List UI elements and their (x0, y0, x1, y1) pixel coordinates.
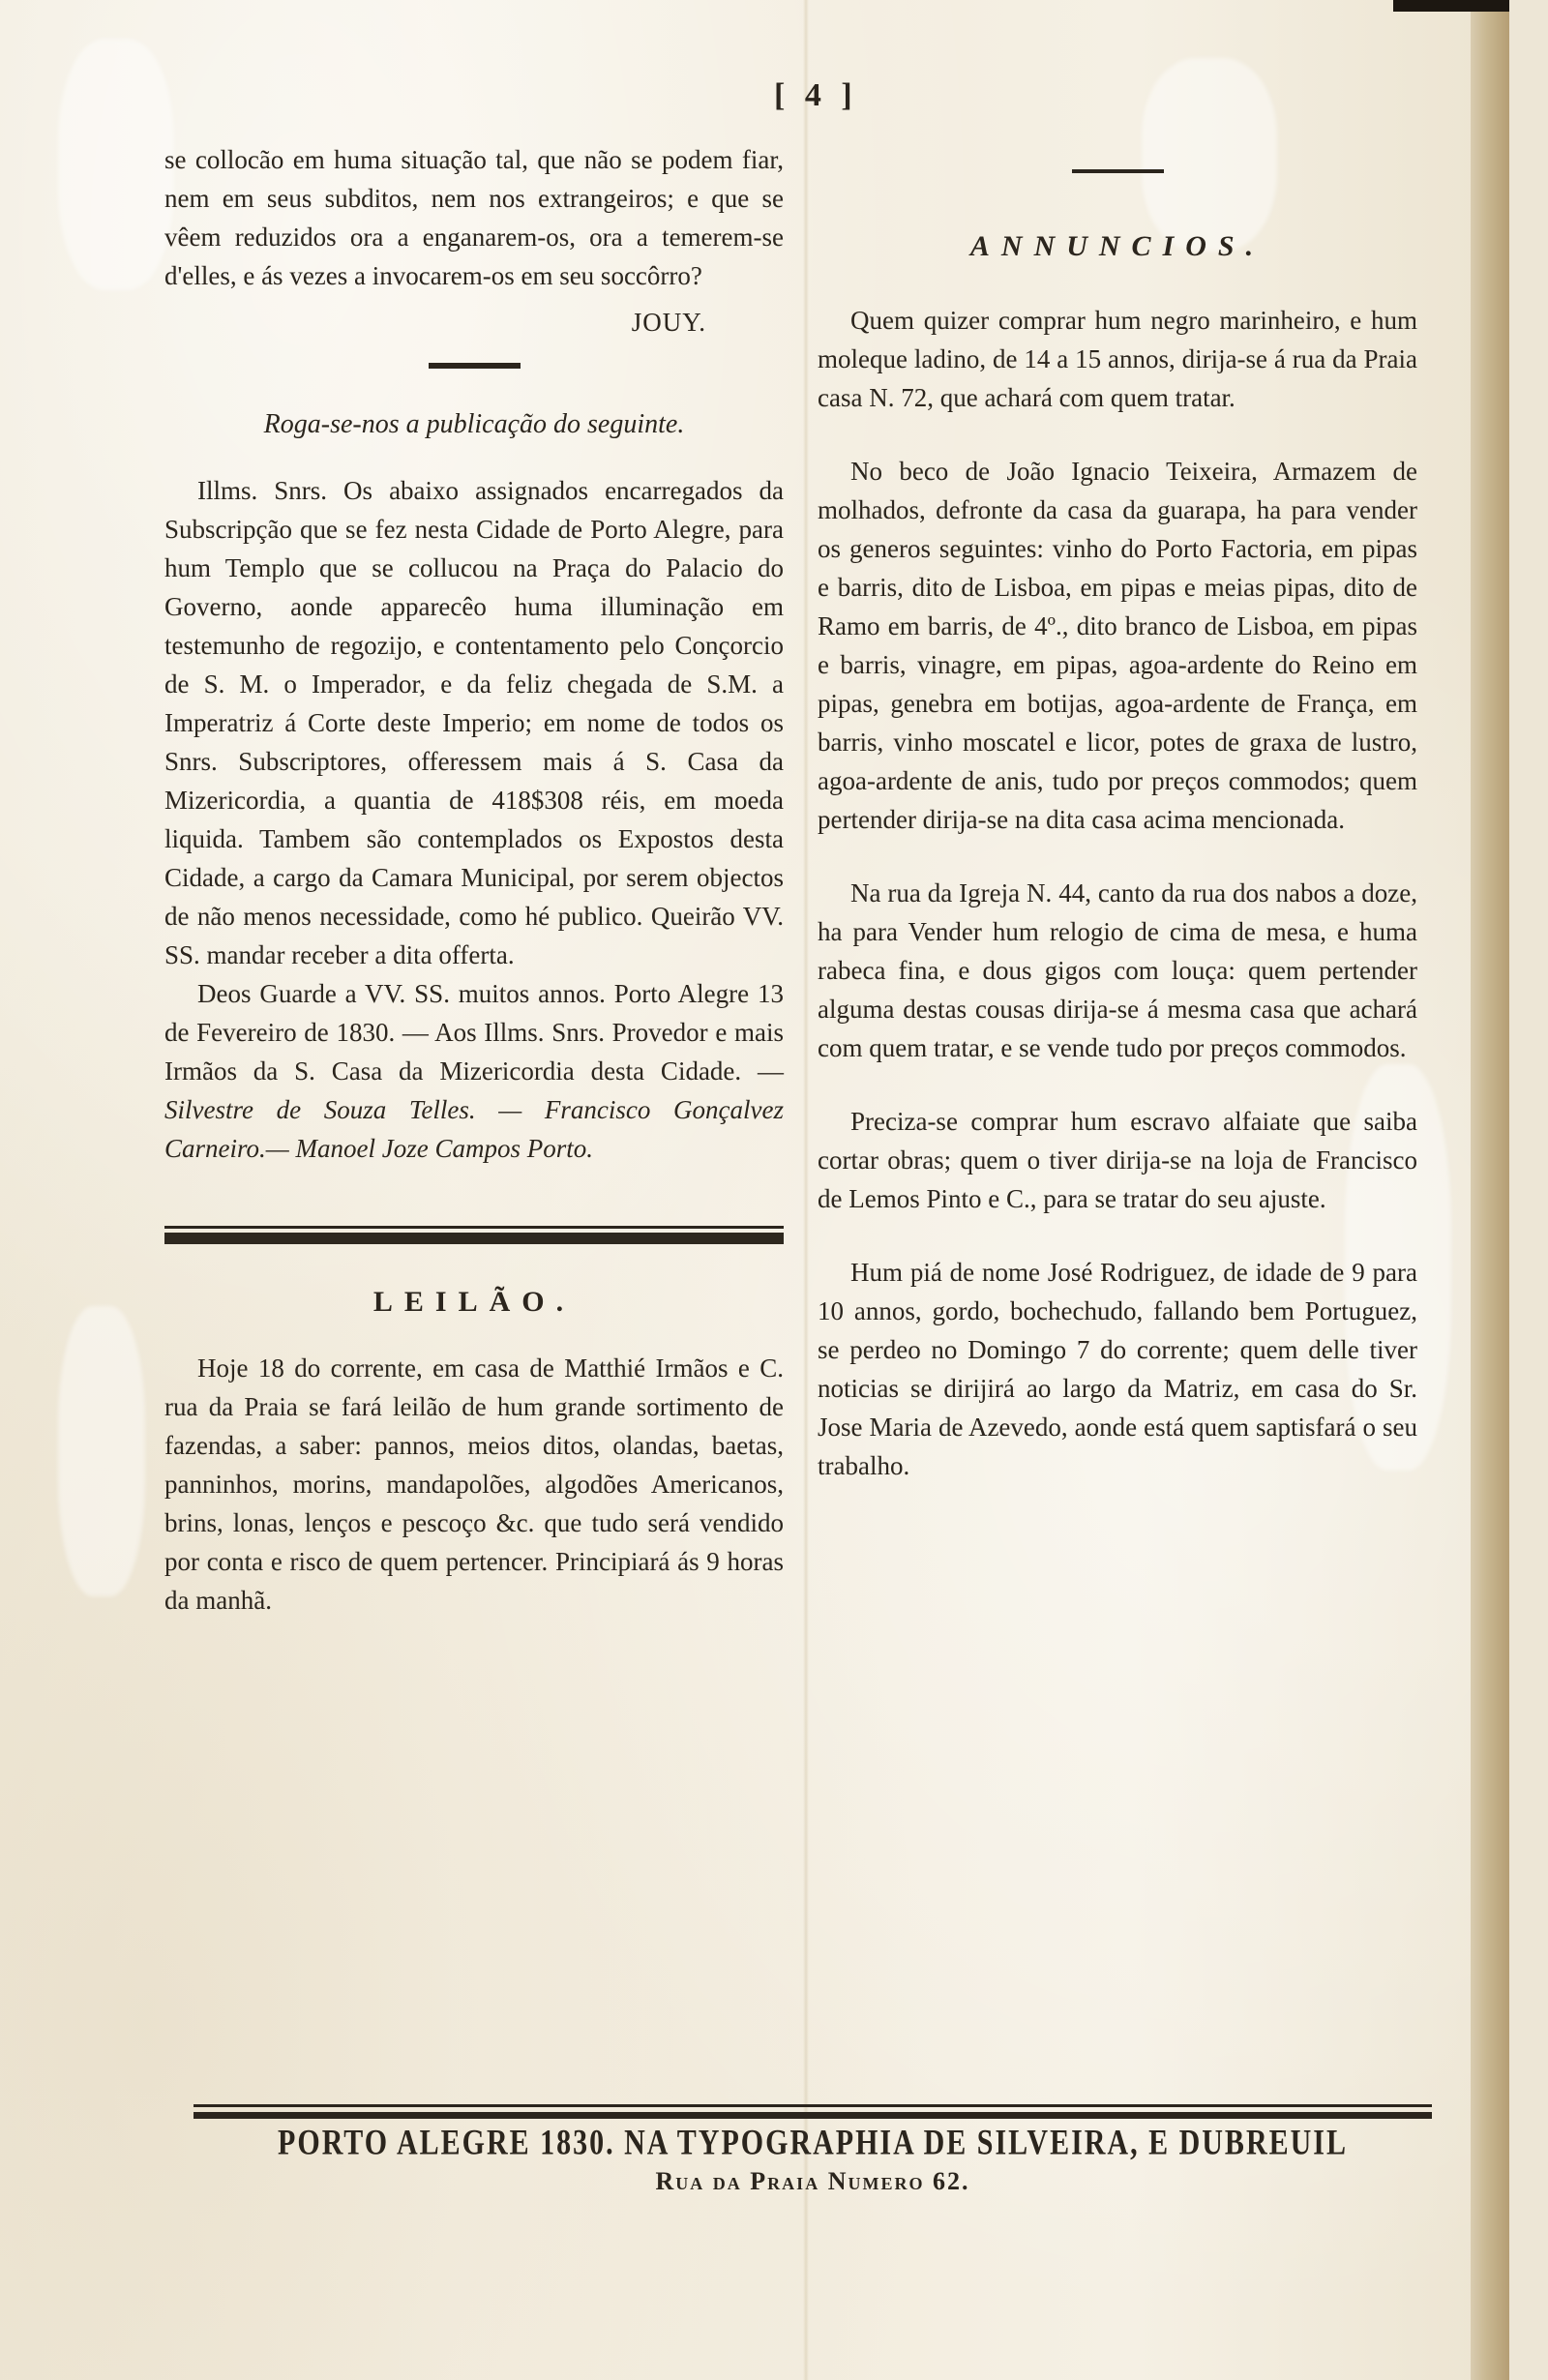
announcement-item: Na rua da Igreja N. 44, canto da rua dos… (818, 874, 1417, 1067)
printer-address: Rua da Praia Numero 62. (193, 2167, 1432, 2196)
section-divider (1072, 169, 1164, 173)
auction-heading: LEILÃO. (164, 1283, 784, 1322)
imprint-line: PORTO ALEGRE 1830. NA TYPOGRAPHIA DE SIL… (193, 2123, 1432, 2164)
section-divider (429, 363, 521, 369)
quote-attribution: JOUY. (164, 303, 784, 342)
letter-signatures: Silvestre de Souza Telles. — Francisco G… (164, 1095, 784, 1163)
announcement-item: Hum piá de nome José Rodriguez, de idade… (818, 1253, 1417, 1485)
announcement-item: No beco de João Ignacio Teixeira, Armaze… (818, 452, 1417, 839)
auction-divider (164, 1226, 784, 1244)
imprint-footer: PORTO ALEGRE 1830. NA TYPOGRAPHIA DE SIL… (193, 2104, 1432, 2196)
footer-rule (193, 2112, 1432, 2119)
paper-stain (58, 39, 174, 290)
notice-heading: Roga-se-nos a publicação do seguinte. (164, 405, 784, 444)
newspaper-page: [ 4 ] se collocão em huma situação tal, … (0, 0, 1509, 2380)
center-fold (803, 0, 809, 2380)
top-edge-shadow (1393, 0, 1509, 12)
auction-paragraph: Hoje 18 do corrente, em casa de Matthié … (164, 1349, 784, 1620)
announcement-item: Preciza-se comprar hum escravo alfaiate … (818, 1102, 1417, 1218)
binding-edge (1471, 0, 1509, 2380)
right-column: ANNUNCIOS. Quem quizer comprar hum negro… (818, 140, 1417, 1485)
letter-closing-text: Deos Guarde a VV. SS. muitos annos. Port… (164, 979, 784, 1086)
paper-stain (58, 1306, 145, 1596)
letter-paragraph: Illms. Snrs. Os abaixo assignados encarr… (164, 471, 784, 974)
announcements-heading: ANNUNCIOS. (818, 227, 1417, 266)
letter-closing-paragraph: Deos Guarde a VV. SS. muitos annos. Port… (164, 974, 784, 1168)
left-column: se collocão em huma situação tal, que nã… (164, 140, 784, 1620)
page-number: [ 4 ] (774, 77, 858, 114)
announcement-item: Quem quizer comprar hum negro marinheiro… (818, 301, 1417, 417)
intro-quote-paragraph: se collocão em huma situação tal, que nã… (164, 140, 784, 295)
